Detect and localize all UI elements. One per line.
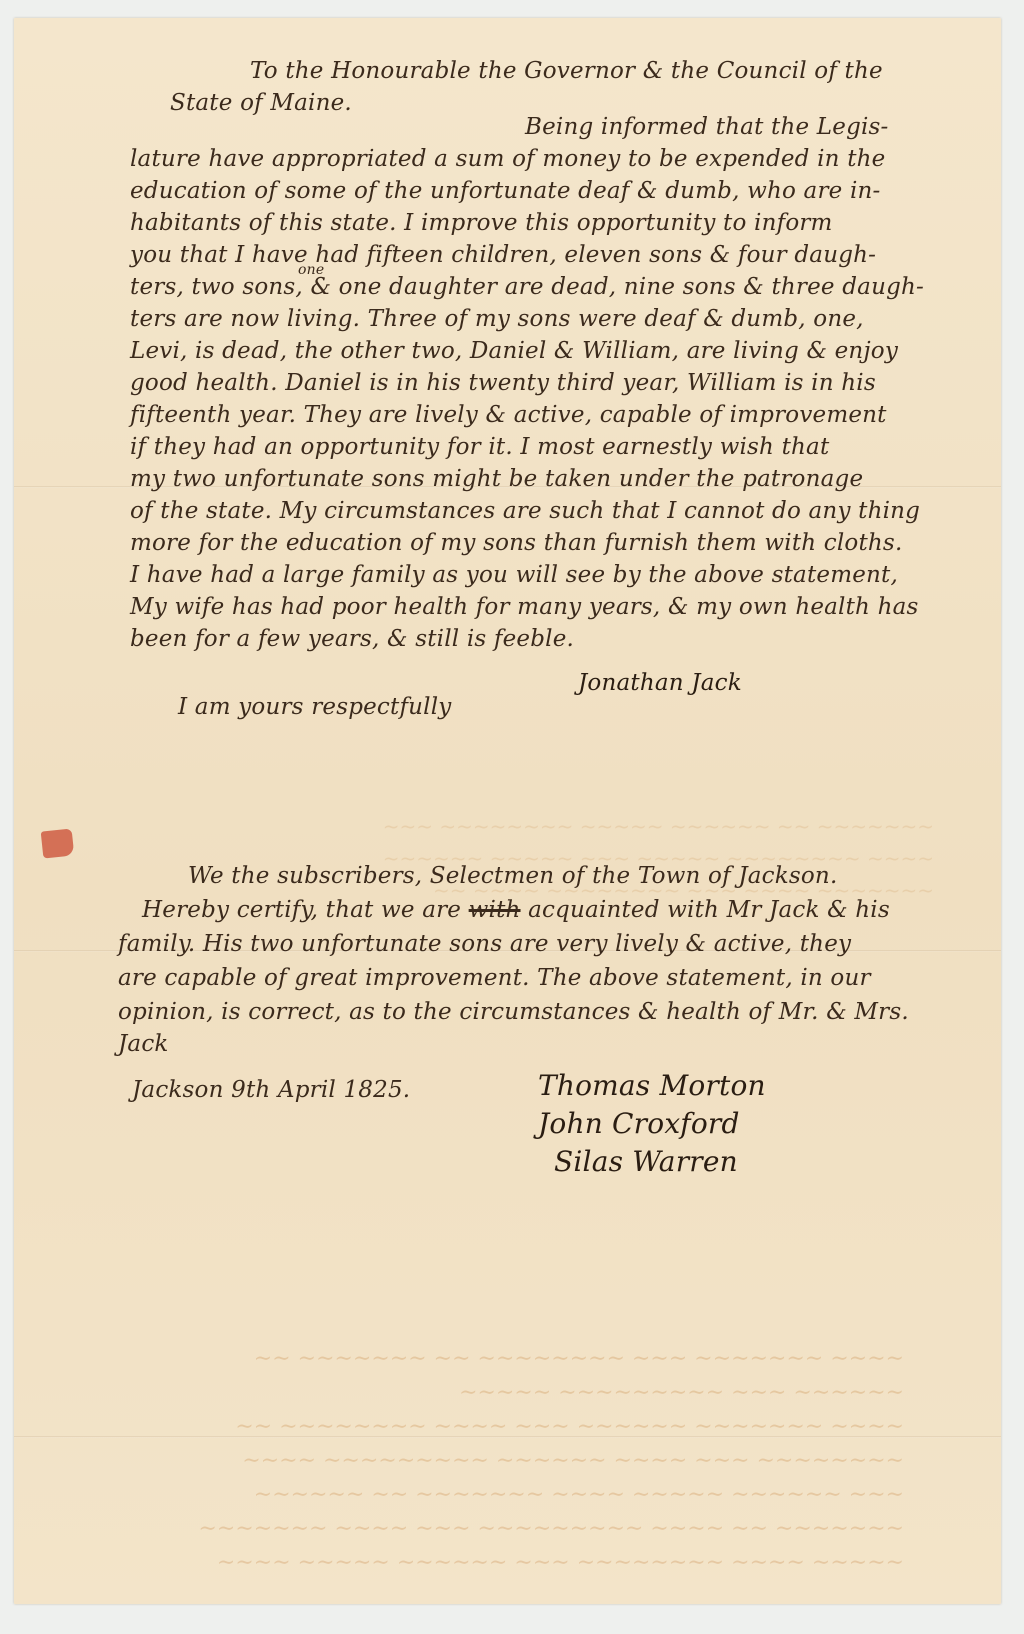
body-line: fifteenth year. They are lively & active… [130, 402, 887, 428]
certificate-line: Jack [118, 1031, 169, 1057]
signature-thomas-morton: Thomas Morton [538, 1069, 766, 1102]
certificate-text: Hereby certify, that we are [142, 897, 461, 923]
body-line: habitants of this state. I improve this … [130, 210, 833, 236]
body-line: lature have appropriated a sum of money … [130, 146, 885, 172]
body-line: if they had an opportunity for it. I mos… [130, 434, 829, 460]
body-line: My wife has had poor health for many yea… [130, 594, 919, 620]
body-line: ters are now living. Three of my sons we… [130, 306, 864, 332]
closing-line: I am yours respectfully [178, 694, 452, 720]
body-line: of the state. My circumstances are such … [130, 498, 920, 524]
body-line: my two unfortunate sons might be taken u… [130, 466, 863, 492]
body-line: more for the education of my sons than f… [130, 530, 902, 556]
wax-seal-remnant [41, 828, 75, 858]
certificate-line: We the subscribers, Selectmen of the Tow… [188, 863, 837, 889]
salutation-line: To the Honourable the Governor & the Cou… [250, 58, 883, 84]
certificate-text: acquainted with Mr Jack & his [528, 897, 890, 923]
certificate-line: family. His two unfortunate sons are ver… [118, 931, 851, 957]
letter-page: ~~~~~~~ ~~~~ ~~~ ~~~~~~~~ ~~~~ ~~ ~~~~ ~… [14, 18, 1001, 1604]
signature-jonathan-jack: Jonathan Jack [578, 670, 742, 696]
body-line: you that I have had fifteen children, el… [130, 242, 876, 268]
body-line: I have had a large family as you will se… [130, 562, 898, 588]
struck-word: with [469, 897, 521, 923]
certificate-line: opinion, is correct, as to the circumsta… [118, 999, 909, 1025]
body-line: education of some of the unfortunate dea… [130, 178, 881, 204]
body-line: Being informed that the Legis- [525, 114, 889, 140]
certificate-line: Hereby certify, that we are with acquain… [142, 897, 890, 923]
signature-john-croxford: John Croxford [538, 1107, 740, 1140]
signature-silas-warren: Silas Warren [554, 1145, 738, 1178]
body-line: Levi, is dead, the other two, Daniel & W… [130, 338, 898, 364]
certificate-line: are capable of great improvement. The ab… [118, 965, 871, 991]
body-line: been for a few years, & still is feeble. [130, 626, 574, 652]
body-line: ters, two sons, & one daughter are dead,… [130, 274, 924, 300]
body-line: good health. Daniel is in his twenty thi… [130, 370, 876, 396]
place-date: Jackson 9th April 1825. [132, 1077, 410, 1103]
salutation-line: State of Maine. [170, 90, 352, 116]
bleed-through-text: ~~~~~ ~~~~ ~~~~~~~~ ~~~ ~~~~~~ ~~~~~ ~~~… [124, 1218, 904, 1578]
